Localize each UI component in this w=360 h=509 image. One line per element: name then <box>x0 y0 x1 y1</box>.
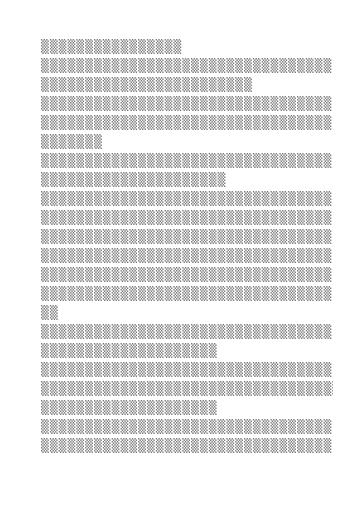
text-line: ▒▒▒▒▒▒▒▒▒▒▒▒▒▒▒▒▒▒▒▒▒▒▒▒ <box>41 77 333 96</box>
text-line: ▒▒▒▒▒▒▒▒▒▒▒▒▒▒▒▒▒▒▒▒▒ <box>41 172 333 191</box>
text-line: ▒▒▒▒▒▒▒▒▒▒▒▒▒▒▒▒▒▒▒▒▒▒▒▒▒▒▒▒▒▒▒▒▒ <box>41 96 333 115</box>
text-line: ▒▒▒▒▒▒▒▒▒▒▒▒▒▒▒▒▒▒▒▒▒▒▒▒▒▒▒▒▒▒▒▒▒▒ <box>41 381 333 400</box>
text-line: ▒▒▒▒▒▒▒ <box>41 134 333 153</box>
text-line: ▒▒▒▒▒▒▒▒▒▒▒▒▒▒▒▒▒▒▒▒▒▒▒▒▒▒▒▒▒▒▒▒▒ <box>41 438 333 457</box>
text-line: ▒▒▒▒▒▒▒▒▒▒▒▒▒▒▒▒▒▒▒▒▒▒▒▒▒▒▒▒▒▒▒▒▒ <box>41 229 333 248</box>
novel-text-block: ▒▒▒▒▒▒▒▒▒▒▒▒▒▒▒▒▒▒▒▒▒▒▒▒▒▒▒▒▒▒▒▒▒▒▒▒▒▒▒▒… <box>41 38 333 457</box>
text-line: ▒▒▒▒▒▒▒▒▒▒▒▒▒▒▒▒▒▒▒▒ <box>41 343 333 362</box>
text-line: ▒▒▒▒▒▒▒▒▒▒▒▒▒▒▒▒▒▒▒▒▒▒▒▒▒▒▒▒▒▒▒▒▒ <box>41 210 333 229</box>
text-line: ▒▒▒▒▒▒▒▒▒▒▒▒▒▒▒▒▒▒▒▒▒▒▒▒▒▒▒▒▒▒▒▒▒ <box>41 362 333 381</box>
text-line: ▒▒ <box>41 305 333 324</box>
text-line: ▒▒▒▒▒▒▒▒▒▒▒▒▒▒▒▒▒▒▒▒▒▒▒▒▒▒▒▒▒▒▒▒▒ <box>41 267 333 286</box>
text-line: ▒▒▒▒▒▒▒▒▒▒▒▒▒▒▒▒▒▒▒▒▒▒▒▒▒▒▒▒▒▒▒▒▒ <box>41 153 333 172</box>
text-line: ▒▒▒▒▒▒▒▒▒▒▒▒▒▒▒▒ <box>41 39 333 58</box>
text-line: ▒▒▒▒▒▒▒▒▒▒▒▒▒▒▒▒▒▒▒▒▒▒▒▒▒▒▒▒▒▒▒▒▒ <box>41 58 333 77</box>
reader-page: ▒▒▒▒▒▒▒▒▒▒▒▒▒▒▒▒▒▒▒▒▒▒▒▒▒▒▒▒▒▒▒▒▒▒▒▒▒▒▒▒… <box>0 0 360 509</box>
text-line: ▒▒▒▒▒▒▒▒▒▒▒▒▒▒▒▒▒▒▒▒▒▒▒▒▒▒▒▒▒▒▒▒▒ <box>41 324 333 343</box>
text-line: ▒▒▒▒▒▒▒▒▒▒▒▒▒▒▒▒▒▒▒▒ <box>41 400 333 419</box>
text-line: ▒▒▒▒▒▒▒▒▒▒▒▒▒▒▒▒▒▒▒▒▒▒▒▒▒▒▒▒▒▒▒▒▒ <box>41 191 333 210</box>
text-line: ▒▒▒▒▒▒▒▒▒▒▒▒▒▒▒▒▒▒▒▒▒▒▒▒▒▒▒▒▒▒▒▒▒ <box>41 115 333 134</box>
text-line: ▒▒▒▒▒▒▒▒▒▒▒▒▒▒▒▒▒▒▒▒▒▒▒▒▒▒▒▒▒▒▒▒▒ <box>41 286 333 305</box>
text-line: ▒▒▒▒▒▒▒▒▒▒▒▒▒▒▒▒▒▒▒▒▒▒▒▒▒▒▒▒▒▒▒▒▒ <box>41 419 333 438</box>
text-line: ▒▒▒▒▒▒▒▒▒▒▒▒▒▒▒▒▒▒▒▒▒▒▒▒▒▒▒▒▒▒▒▒▒ <box>41 248 333 267</box>
